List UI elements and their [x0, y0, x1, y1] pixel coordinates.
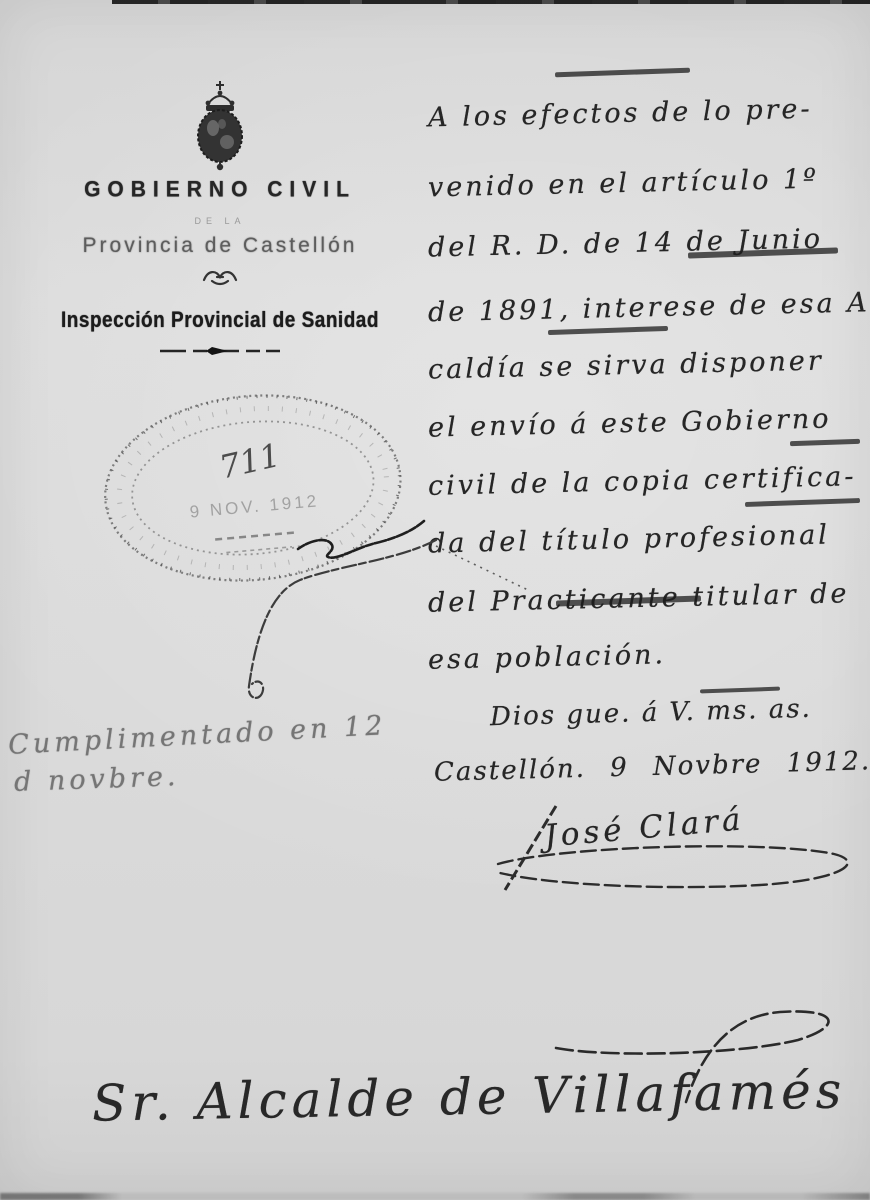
org-subtitle: DE LA [40, 216, 400, 226]
letter-line: venido en el artículo 1º [428, 164, 819, 204]
stamp-dash-line [215, 532, 299, 539]
rule-ornament-icon [160, 346, 280, 356]
ink-smear [548, 326, 668, 335]
org-title: GOBIERNO CIVIL [40, 177, 400, 202]
scan-edge-artifact-top [112, 0, 870, 4]
letter-line: civil de la copia certifica- [428, 461, 857, 502]
letter-line: esa población. [428, 639, 667, 675]
letter-line: de 1891, interese de esa Al- [428, 287, 870, 329]
letter-line: el envío á este Gobierno [428, 403, 832, 443]
stamp-date: 9 NOV. 1912 [189, 491, 320, 521]
signature: José Clará [543, 801, 746, 854]
royal-coat-of-arms-icon [189, 80, 251, 172]
ink-smear [745, 498, 860, 507]
scan-edge-artifact-bottom [0, 1193, 870, 1200]
ink-smear [555, 68, 690, 78]
oval-registry-stamp: 711 9 NOV. 1912 [87, 377, 419, 604]
ink-smear [700, 687, 780, 694]
province-title: Provincia de Castellón [40, 234, 400, 258]
stamp-dash-line-2 [226, 547, 292, 553]
department-title: Inspección Provincial de Sanidad [40, 308, 400, 333]
ink-smear [790, 439, 860, 446]
letter-line: del R. D. de 14 de Junio [428, 224, 824, 264]
margin-note-line-2: d novbre. [14, 761, 180, 798]
valediction: Dios gue. á V. ms. as. [490, 694, 813, 732]
letter-line: da del título profesional [428, 519, 831, 559]
address-line: Sr. Alcalde de Villafamés [92, 1061, 847, 1132]
letter-line: caldía se sirva disponer [428, 346, 824, 386]
knot-ornament-icon [200, 268, 240, 288]
letter-line: A los efectos de lo pre- [428, 94, 813, 134]
scanned-letter-page: GOBIERNO CIVIL DE LA Provincia de Castel… [0, 0, 870, 1200]
letterhead: GOBIERNO CIVIL DE LA Provincia de Castel… [40, 80, 400, 356]
margin-note-line-1: Cumplimentado en 12 [7, 710, 387, 761]
dateline: Castellón. 9 Novbre 1912. [434, 746, 870, 787]
stamp-number: 711 [216, 436, 284, 487]
